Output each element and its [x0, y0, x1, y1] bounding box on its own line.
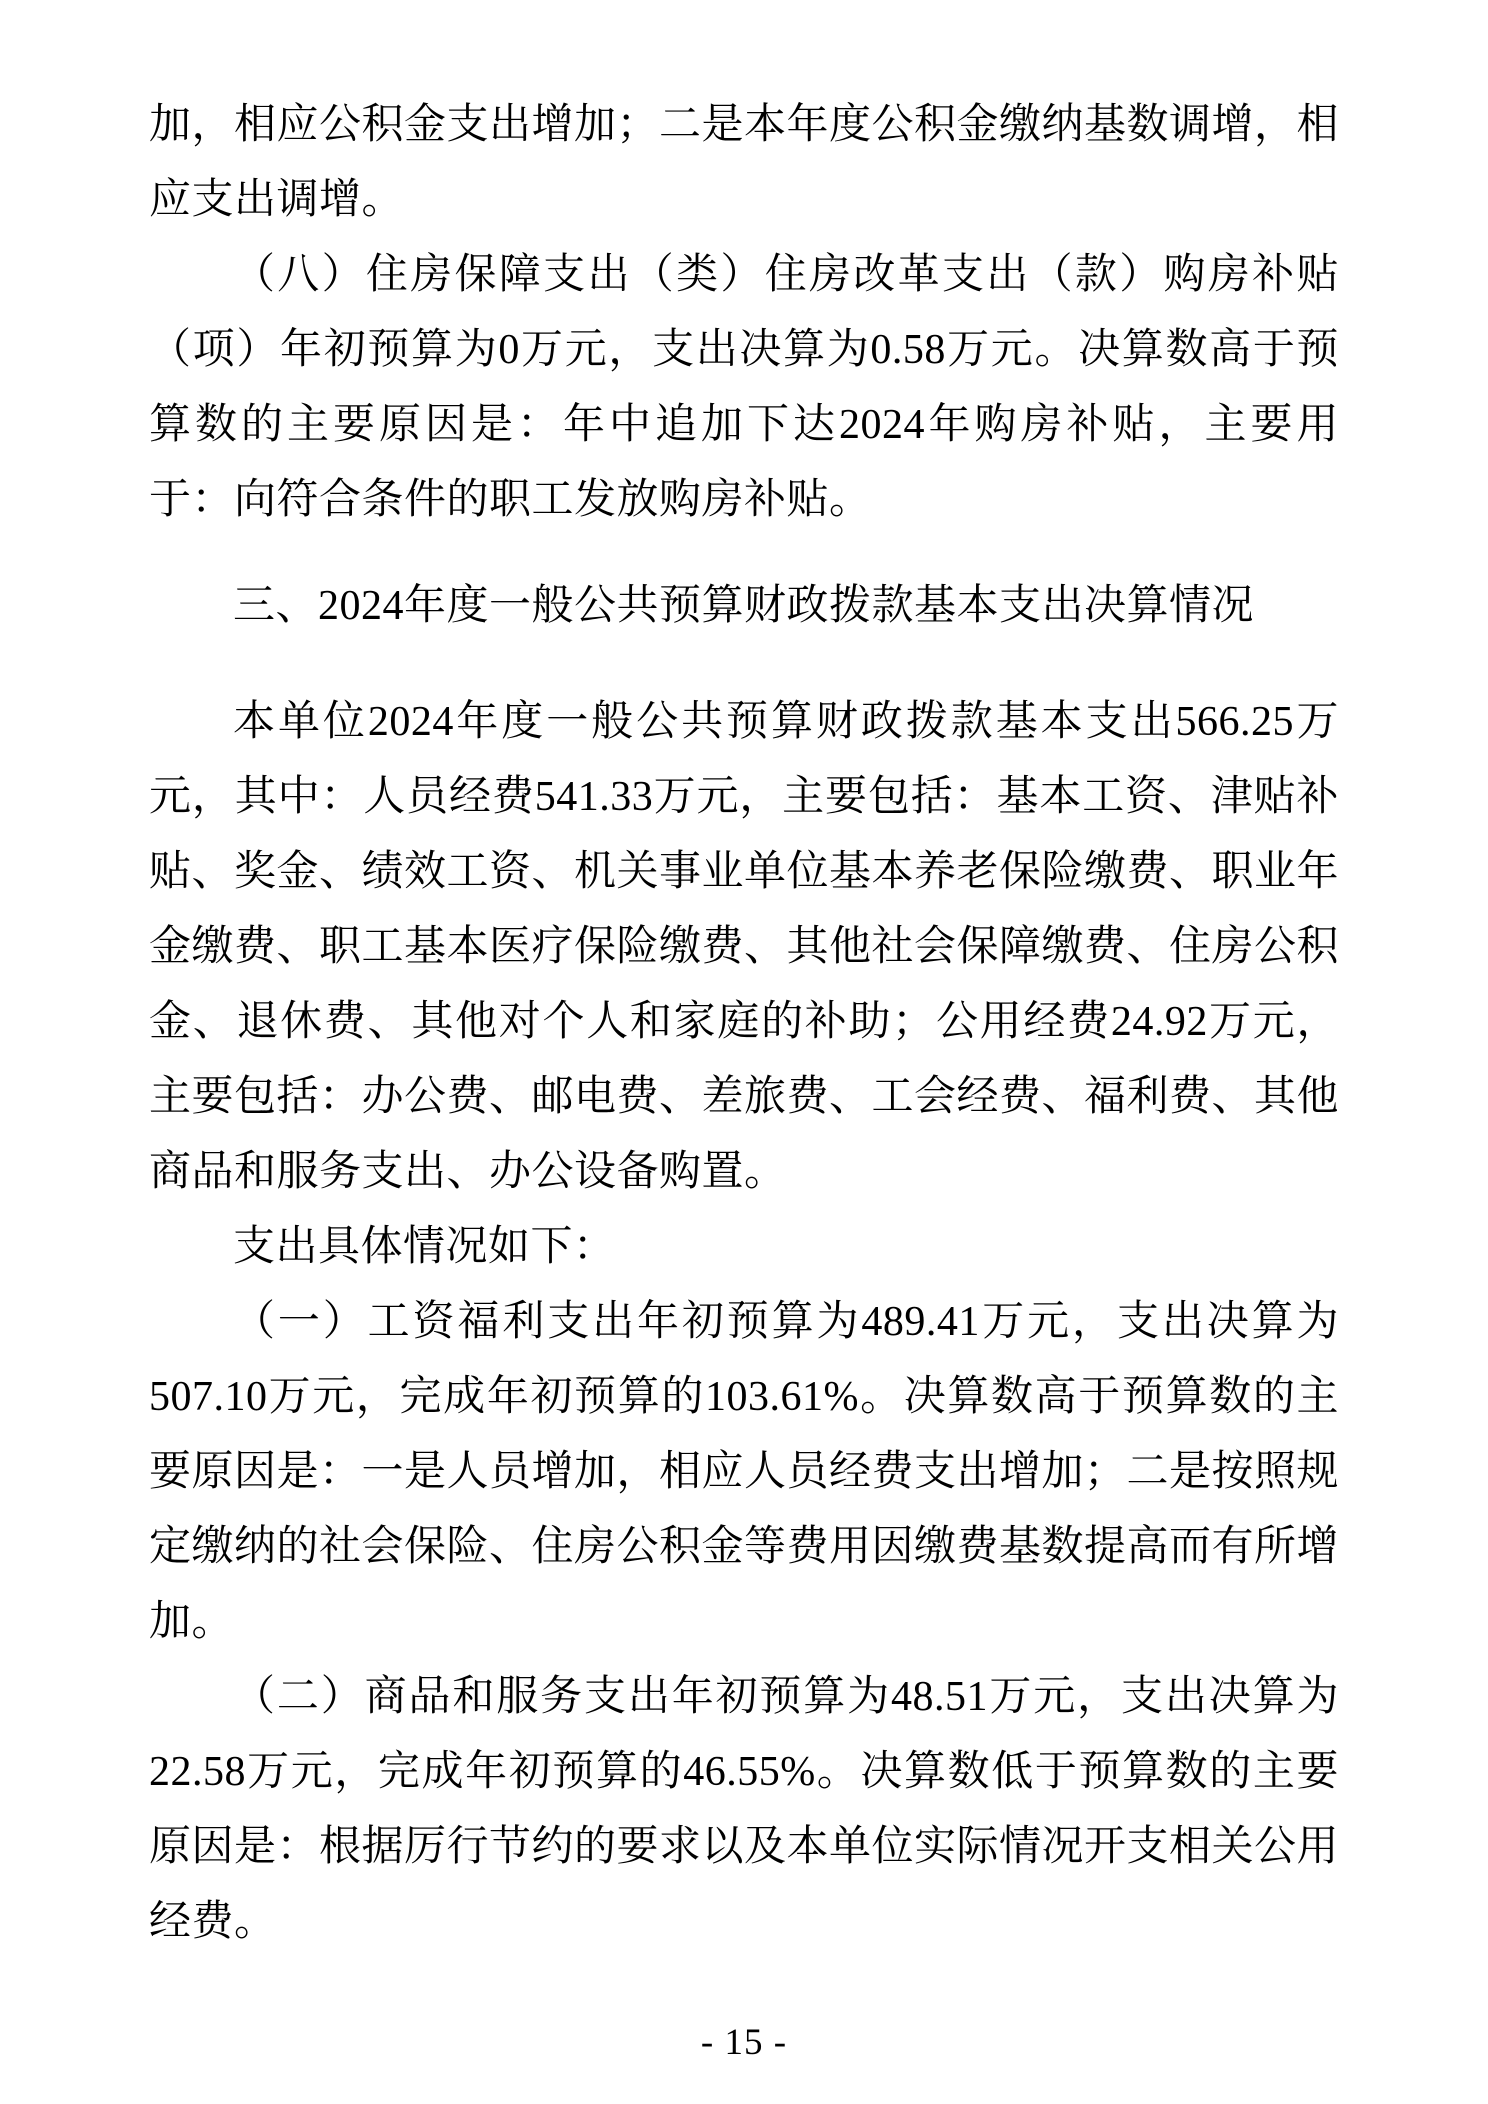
section-heading-basic-expenditure: 三、2024年度一般公共预算财政拨款基本支出决算情况 — [149, 569, 1339, 644]
paragraph-item-2-goods-services: （二）商品和服务支出年初预算为48.51万元，支出决算为22.58万元，完成年初… — [149, 1660, 1339, 1960]
paragraph-continuation: 加，相应公积金支出增加；二是本年度公积金缴纳基数调增，相应支出调增。 — [149, 88, 1339, 238]
paragraph-detail-intro: 支出具体情况如下： — [149, 1210, 1339, 1285]
paragraph-basic-expenditure-summary: 本单位2024年度一般公共预算财政拨款基本支出566.25万元，其中：人员经费5… — [149, 685, 1339, 1210]
document-text-block: 加，相应公积金支出增加；二是本年度公积金缴纳基数调增，相应支出调增。 （八）住房… — [149, 88, 1339, 1960]
page-number: - 15 - — [0, 2022, 1488, 2064]
paragraph-item-8-housing-subsidy: （八）住房保障支出（类）住房改革支出（款）购房补贴（项）年初预算为0万元，支出决… — [149, 238, 1339, 538]
paragraph-item-1-salary-welfare: （一）工资福利支出年初预算为489.41万元，支出决算为507.10万元，完成年… — [149, 1285, 1339, 1660]
